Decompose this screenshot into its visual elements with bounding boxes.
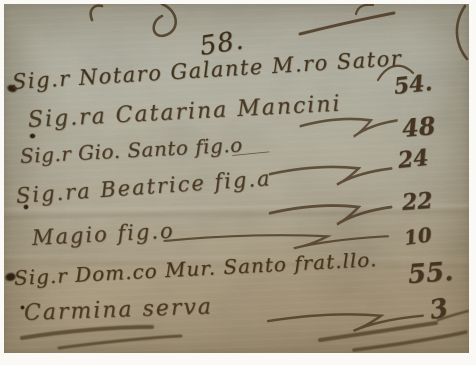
- flourish-dash: [268, 158, 394, 188]
- ledger-entry-name: Sig.r Gio. Santo fig.o: [19, 132, 243, 168]
- ledger-entry-name: Magio fig.o: [31, 219, 175, 250]
- ledger-entry-name: Carmina serva: [24, 294, 214, 326]
- ledger-entry-name: Sig.r Dom.co Mur. Santo frat.llo.: [13, 247, 377, 290]
- ledger-entry-name: Sig.ra Catarina Mancini: [27, 92, 342, 133]
- paper-sheet: 58. Sig.r Notaro Galante M.ro Sator Sig.…: [4, 4, 469, 353]
- ledger-entry-amount: 22: [401, 188, 433, 216]
- ledger-entry-amount: 48: [401, 111, 437, 143]
- scanned-manuscript-page: 58. Sig.r Notaro Galante M.ro Sator Sig.…: [0, 0, 476, 365]
- flourish-dash: [268, 196, 394, 228]
- ledger-entry-amount: 24: [397, 145, 430, 174]
- ledger-entry-amount: 54.: [393, 70, 434, 100]
- flourish-dash: [266, 306, 426, 334]
- paper-crease-band: [4, 204, 469, 221]
- ledger-entry-amount: 3: [427, 293, 450, 326]
- ledger-entry-amount: 55.: [407, 257, 454, 290]
- ledger-entry-name: Sig.ra Beatrice fig.a: [15, 166, 272, 208]
- ledger-entry-amount: 10: [402, 222, 433, 250]
- ink-blot: [29, 133, 36, 139]
